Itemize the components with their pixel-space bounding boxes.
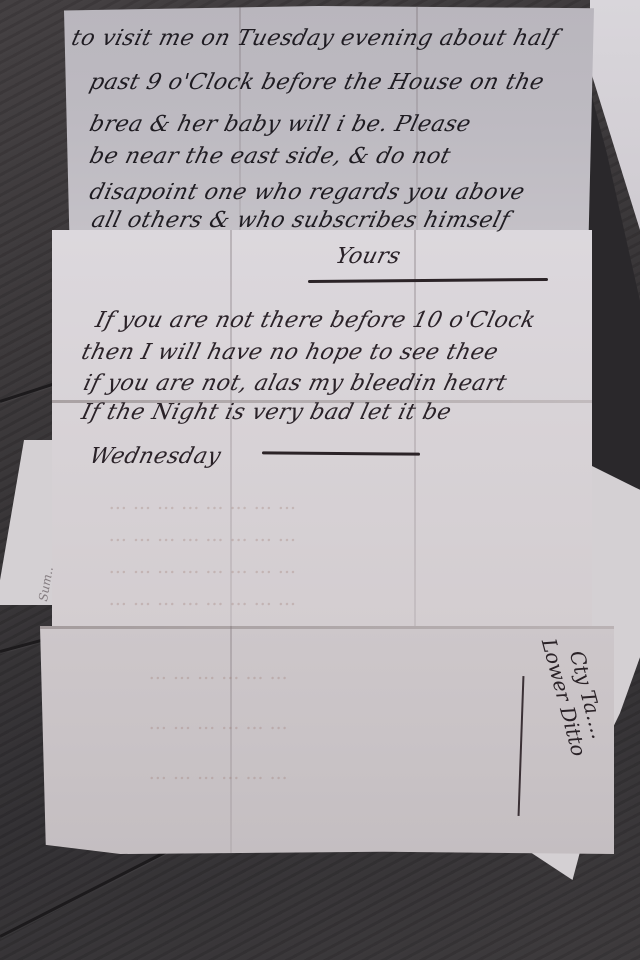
letter-closing: Yours — [333, 244, 404, 269]
bleedthrough-text: ... ... ... ... ... ... ... ... — [107, 556, 300, 578]
underlying-sheet-corner — [530, 852, 580, 880]
postscript-line: If the Night is very bad let it be — [79, 400, 454, 425]
bleedthrough-text: ... ... ... ... ... ... — [147, 662, 291, 684]
letter-line: disapoint one who regards you above — [87, 180, 528, 205]
bleedthrough-text: ... ... ... ... ... ... — [147, 762, 291, 784]
letter-line: be near the east side, & do not — [87, 144, 453, 169]
bleedthrough-text: ... ... ... ... ... ... ... ... — [107, 588, 300, 610]
letter-bottom-panel — [40, 626, 614, 854]
postscript-line: if you are not, alas my bleedin heart — [81, 371, 510, 396]
wood-plank-seam — [0, 849, 170, 938]
fold-line — [40, 626, 614, 629]
fold-line — [414, 230, 416, 630]
letter-line: past 9 o'Clock before the House on the — [87, 70, 547, 95]
bleedthrough-text: ... ... ... ... ... ... ... ... — [107, 524, 300, 546]
postscript-line: If you are not there before 10 o'Clock — [93, 308, 538, 333]
postscript-line: then I will have no hope to see thee — [79, 340, 501, 365]
fold-line — [230, 626, 232, 854]
letter-line: to visit me on Tuesday evening about hal… — [69, 26, 561, 51]
bleedthrough-text: ... ... ... ... ... ... ... ... — [107, 492, 300, 514]
photo-scene: to visit me on Tuesday evening about hal… — [0, 0, 640, 960]
bleedthrough-text: ... ... ... ... ... ... — [147, 712, 291, 734]
postscript-line: Wednesday — [87, 444, 224, 469]
letter-line: all others & who subscribes himself — [89, 208, 512, 233]
letter-line: brea & her baby will i be. Please — [87, 112, 474, 137]
